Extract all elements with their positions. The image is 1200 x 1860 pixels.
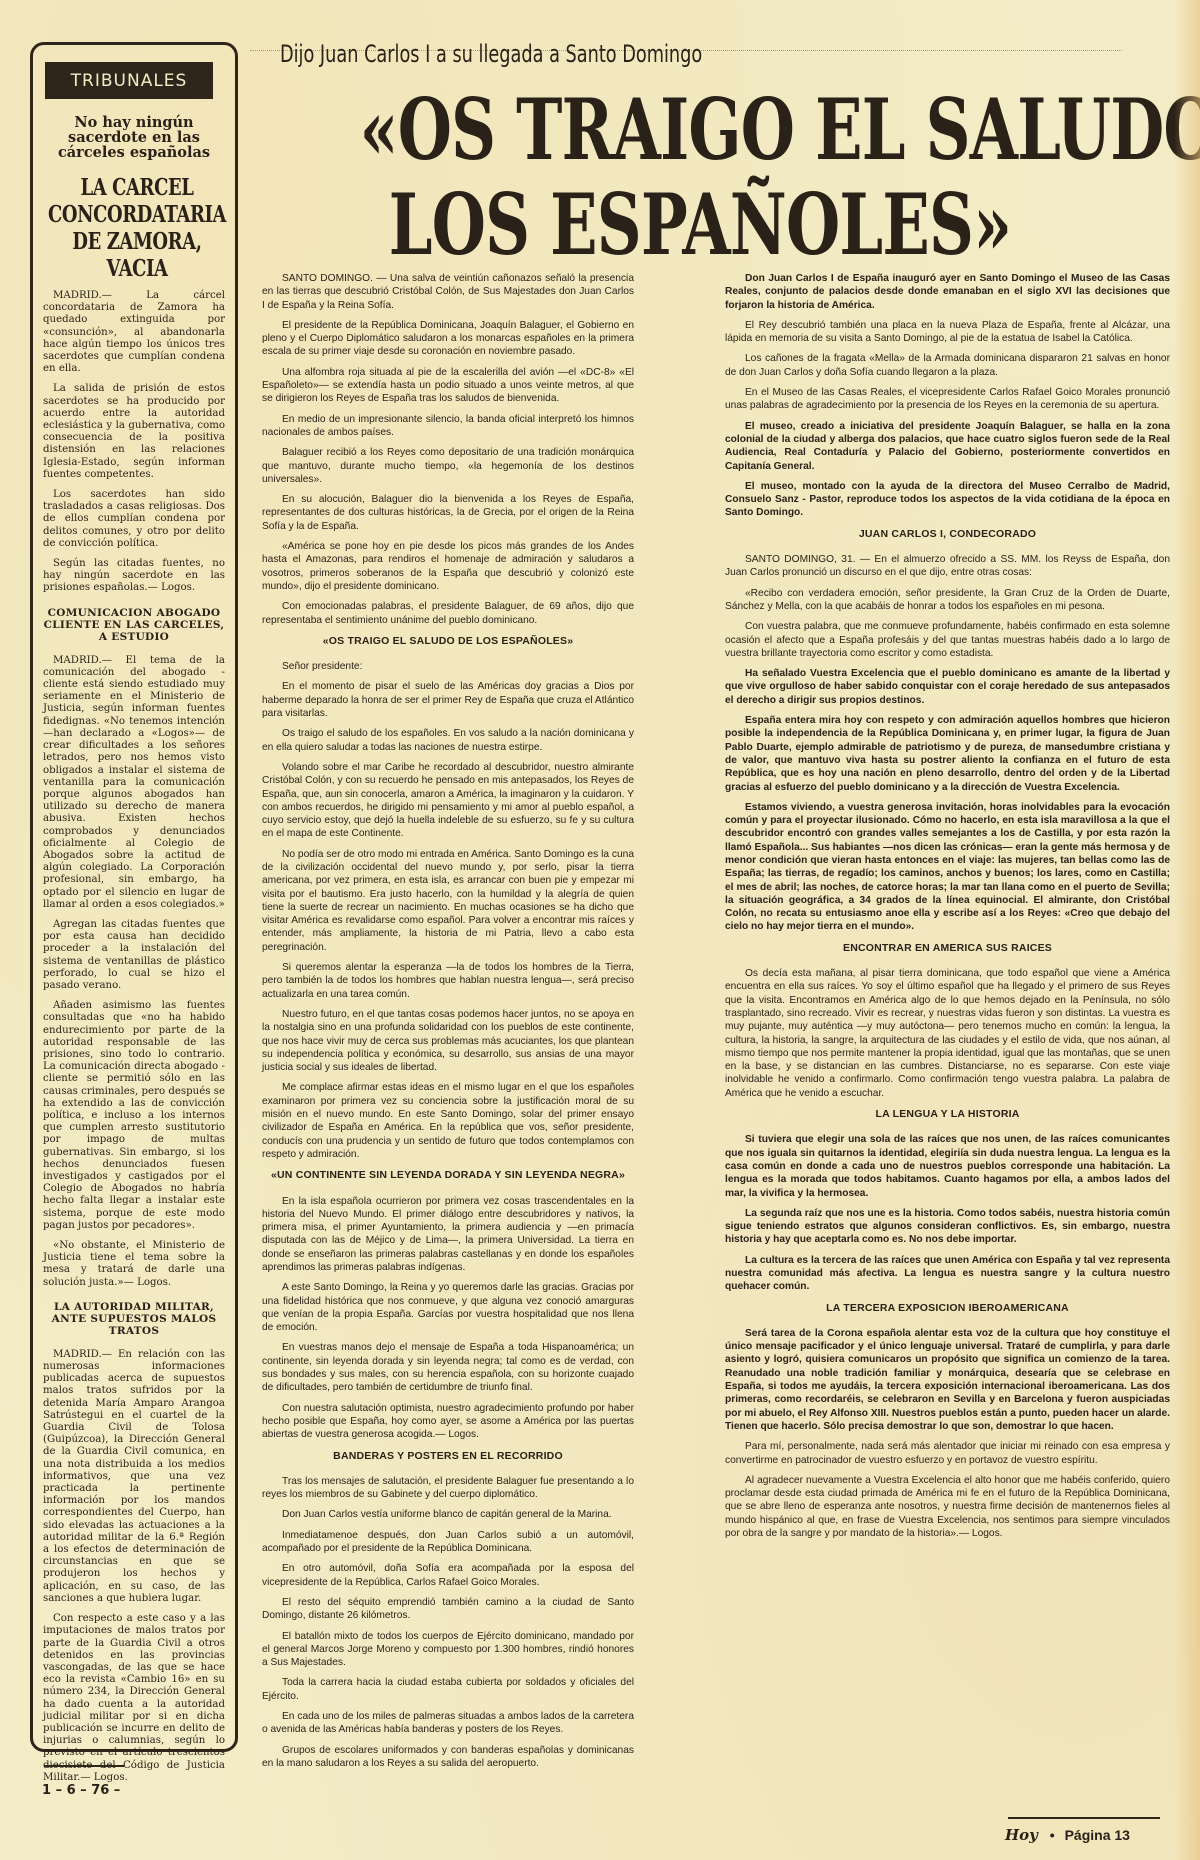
paragraph: No podía ser de otro modo mi entrada en …	[262, 848, 634, 954]
paragraph: «No obstante, el Ministerio de Justicia …	[43, 1240, 225, 1289]
article-middle-column: SANTO DOMINGO. — Una salva de veintiún c…	[262, 272, 634, 1777]
publication-logo: Hoy	[1005, 1826, 1038, 1844]
paragraph: En otro automóvil, doña Sofía era acompa…	[262, 1562, 634, 1589]
section-heading: «UN CONTINENTE SIN LEYENDA DORADA Y SIN …	[262, 1169, 634, 1182]
section-heading: LA AUTORIDAD MILITAR, ANTE SUPUESTOS MAL…	[43, 1301, 225, 1337]
bullet-separator: •	[1050, 1827, 1055, 1843]
paragraph: El resto del séquito emprendió también c…	[262, 1596, 634, 1623]
article-headline-line-2: LOS ESPAÑOLES»	[360, 175, 1041, 274]
newspaper-page: TRIBUNALES No hay ningún sacerdote en la…	[0, 0, 1200, 1860]
sidebar-body: MADRID.— La cárcel concordataria de Zamo…	[43, 290, 225, 1784]
article-kicker: Dijo Juan Carlos I a su llegada a Santo …	[280, 40, 702, 68]
paragraph: SANTO DOMINGO. — Una salva de veintiún c…	[262, 272, 634, 312]
paragraph: Os decía esta mañana, al pisar tierra do…	[725, 967, 1170, 1100]
paragraph: Inmediatamenoe después, don Juan Carlos …	[262, 1529, 634, 1556]
paragraph: En la isla española ocurrieron por prime…	[262, 1195, 634, 1275]
paragraph: La salida de prisión de estos sacerdotes…	[43, 383, 225, 481]
paragraph: Agregan las citadas fuentes que por esta…	[43, 919, 225, 992]
paragraph: Nuestro futuro, en el que tantas cosas p…	[262, 1008, 634, 1074]
paragraph: Si tuviera que elegir una sola de las ra…	[725, 1133, 1170, 1199]
paragraph: En medio de un impresionante silencio, l…	[262, 413, 634, 440]
section-tag: TRIBUNALES	[45, 62, 213, 99]
article-right-column: Don Juan Carlos I de España inauguró aye…	[725, 272, 1170, 1547]
paragraph: Los sacerdotes han sido trasladados a ca…	[43, 489, 225, 550]
paragraph: Al agradecer nuevamente a Vuestra Excele…	[725, 1474, 1170, 1540]
issue-date: 1 – 6 – 76 –	[42, 1783, 120, 1798]
paragraph: Volando sobre el mar Caribe he recordado…	[262, 761, 634, 841]
paragraph: Estamos viviendo, a vuestra generosa inv…	[725, 801, 1170, 934]
paragraph: Señor presidente:	[262, 660, 634, 673]
section-heading: COMUNICACION ABOGADO CLIENTE EN LAS CARC…	[43, 607, 225, 643]
paragraph: Me complace afirmar estas ideas en el mi…	[262, 1081, 634, 1161]
tribunales-sidebar: TRIBUNALES No hay ningún sacerdote en la…	[30, 42, 238, 1752]
paragraph: Don Juan Carlos vestía uniforme blanco d…	[262, 1508, 634, 1521]
paragraph: Con vuestra palabra, que me conmueve pro…	[725, 620, 1170, 660]
section-heading: «OS TRAIGO EL SALUDO DE LOS ESPAÑOLES»	[262, 635, 634, 648]
paragraph: El Rey descubrió también una placa en la…	[725, 319, 1170, 346]
page-number: Página 13	[1065, 1827, 1130, 1843]
paragraph: La segunda raíz que nos une es la histor…	[725, 1207, 1170, 1247]
section-heading: LA TERCERA EXPOSICION IBEROAMERICANA	[725, 1302, 1170, 1315]
paragraph: Balaguer recibió a los Reyes como deposi…	[262, 446, 634, 486]
footer-rule	[1008, 1817, 1160, 1819]
paragraph: En cada uno de los miles de palmeras sit…	[262, 1710, 634, 1737]
paragraph: En vuestras manos dejo el mensaje de Esp…	[262, 1341, 634, 1394]
paragraph: El museo, montado con la ayuda de la dir…	[725, 480, 1170, 520]
paragraph: La cultura es la tercera de las raíces q…	[725, 1254, 1170, 1294]
section-heading: BANDERAS Y POSTERS EN EL RECORRIDO	[262, 1450, 634, 1463]
paragraph: A este Santo Domingo, la Reina y yo quer…	[262, 1281, 634, 1334]
section-heading: JUAN CARLOS I, CONDECORADO	[725, 528, 1170, 541]
paragraph: Una alfombra roja situada al pie de la e…	[262, 366, 634, 406]
paragraph: Añaden asimismo las fuentes consultadas …	[43, 1000, 225, 1232]
paragraph: MADRID.— La cárcel concordataria de Zamo…	[43, 290, 225, 375]
paragraph: Con emocionadas palabras, el presidente …	[262, 600, 634, 627]
date-rule	[44, 1765, 124, 1767]
section-heading: ENCONTRAR EN AMERICA SUS RAICES	[725, 942, 1170, 955]
paragraph: El museo, creado a iniciativa del presid…	[725, 420, 1170, 473]
paragraph: Don Juan Carlos I de España inauguró aye…	[725, 272, 1170, 312]
section-heading: LA LENGUA Y LA HISTORIA	[725, 1108, 1170, 1121]
article-headline-line-1: «OS TRAIGO EL SALUDO DE	[360, 80, 1041, 179]
paragraph: Según las citadas fuentes, no hay ningún…	[43, 558, 225, 595]
paragraph: Los cañones de la fragata «Mella» de la …	[725, 352, 1170, 379]
paragraph: «Recibo con verdadera emoción, señor pre…	[725, 587, 1170, 614]
paragraph: Si queremos alentar la esperanza —la de …	[262, 961, 634, 1001]
paragraph: Para mí, personalmente, nada será más al…	[725, 1440, 1170, 1467]
paragraph: SANTO DOMINGO, 31. — En el almuerzo ofre…	[725, 553, 1170, 580]
paragraph: Tras los mensajes de salutación, el pres…	[262, 1475, 634, 1502]
paper-edge-shading	[1174, 0, 1200, 1860]
paragraph: En el Museo de las Casas Reales, el vice…	[725, 386, 1170, 413]
paragraph: España entera mira hoy con respeto y con…	[725, 714, 1170, 794]
paragraph: El batallón mixto de todos los cuerpos d…	[262, 1630, 634, 1670]
paragraph: MADRID.— En relación con las numerosas i…	[43, 1349, 225, 1605]
paragraph: El presidente de la República Dominicana…	[262, 319, 634, 359]
paragraph: Con respecto a este caso y a las imputac…	[43, 1613, 225, 1784]
paragraph: MADRID.— El tema de la comunicación del …	[43, 655, 225, 911]
paragraph: En el momento de pisar el suelo de las A…	[262, 680, 634, 720]
paragraph: Grupos de escolares uniformados y con ba…	[262, 1744, 634, 1771]
paragraph: Os traigo el saludo de los españoles. En…	[262, 727, 634, 754]
sidebar-subhead: No hay ningún sacerdote en las cárceles …	[43, 115, 225, 160]
paragraph: Ha señalado Vuestra Excelencia que el pu…	[725, 667, 1170, 707]
paragraph: «América se pone hoy en pie desde los pi…	[262, 540, 634, 593]
sidebar-headline: LA CARCEL CONCORDATARIA DE ZAMORA, VACIA	[43, 174, 230, 282]
paragraph: Con nuestra salutación optimista, nuestr…	[262, 1402, 634, 1442]
paragraph: En su alocución, Balaguer dio la bienven…	[262, 493, 634, 533]
page-footer: Hoy • Página 13	[1005, 1826, 1130, 1844]
paragraph: Toda la carrera hacia la ciudad estaba c…	[262, 1676, 634, 1703]
paragraph: Será tarea de la Corona española alentar…	[725, 1327, 1170, 1433]
